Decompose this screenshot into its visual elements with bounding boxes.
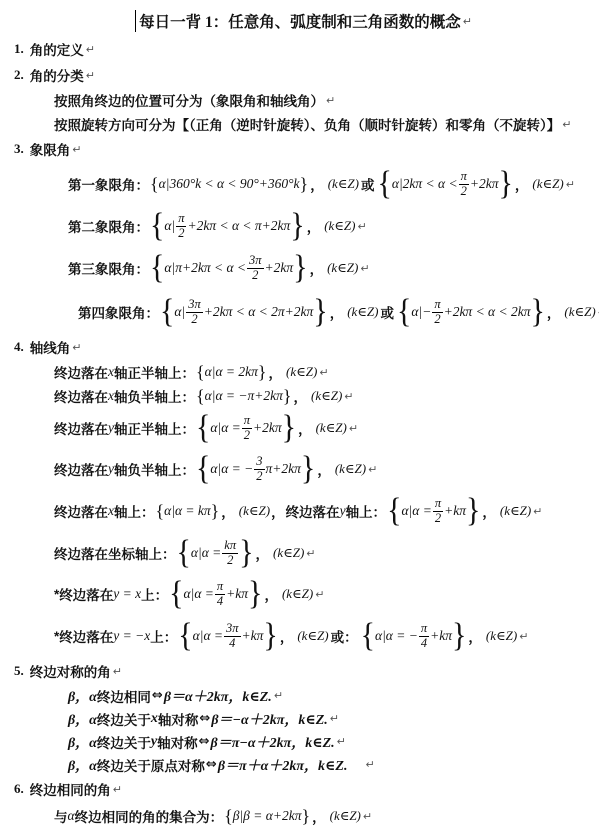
section-title: 角的分类 [30, 65, 84, 85]
comma: ， [310, 258, 324, 278]
body-text: 终边落在 [54, 459, 108, 479]
numerator: π [432, 298, 442, 312]
numerator: π [419, 622, 429, 636]
comma: ， [330, 302, 344, 322]
section-6-heading: 6. 终边相同的角 ↵ [14, 776, 593, 802]
k-in-z: (k∈Z) [273, 545, 304, 561]
symmetric-about-x-axis-rule: β，α终边关于x轴对称⇔β＝−α＋2kπ，k∈Z. ↵ [68, 707, 593, 730]
paragraph-mark: ↵ [519, 630, 528, 643]
section-title: 终边对称的角 [30, 661, 111, 681]
numerator: π [433, 497, 443, 511]
body-text: 上： [150, 626, 177, 646]
body-text: 终边落在 [286, 501, 340, 521]
comma: ， [312, 806, 326, 826]
right-brace: } [283, 387, 292, 405]
set-notation: {α|α = 2kπ} [196, 363, 267, 381]
denominator: 2 [178, 227, 184, 240]
paragraph-mark: ↵ [357, 220, 366, 233]
math-expression: α| [174, 304, 185, 320]
formula-label: 第一象限角： [68, 174, 149, 194]
fraction: 3π4 [224, 622, 241, 649]
section-number: 5. [14, 663, 24, 679]
numerator: kπ [222, 539, 238, 553]
section-5-heading: 5. 终边对称的角 ↵ [14, 658, 593, 684]
set-notation: {α|π2+2kπ < α < π+2kπ} [150, 212, 305, 239]
comma: ， [269, 362, 283, 382]
math-expression: +2kπ [265, 260, 294, 276]
fraction: 3π2 [186, 298, 203, 325]
body-text: 轴对称 [157, 732, 198, 752]
section-3-heading: 3. 象限角 ↵ [14, 136, 593, 162]
y-axis-negative-formula: 终边落在y轴负半轴上： {α|α = −32π+2kπ}，(k∈Z) ↵ [54, 448, 593, 490]
section-1-heading: 1. 角的定义 ↵ [14, 36, 593, 62]
set-notation: {β|β = α+2kπ} [224, 807, 310, 825]
math-expression: α|α = 2kπ [205, 364, 258, 380]
numerator: π [459, 170, 469, 184]
denominator: 4 [229, 637, 235, 650]
comma: ， [547, 302, 561, 322]
page-title: 每日一背 1：任意角、弧度制和三角函数的概念 [135, 10, 461, 32]
same-terminal-side-set-formula: 与α终边相同的角的集合为： {β|β = α+2kπ}，(k∈Z) ↵ [54, 802, 593, 830]
k-in-z: (k∈Z) [286, 364, 317, 380]
body-text: 终边落在坐标轴上： [54, 543, 176, 563]
or-text: 或： [331, 626, 358, 646]
comma: ， [298, 418, 312, 438]
paragraph-mark: ↵ [533, 505, 542, 518]
line-y-equals-x-formula: *终边落在y = x上： {α|α =π4+kπ}，(k∈Z) ↵ [54, 574, 593, 614]
comma: ， [264, 584, 278, 604]
body-text: 按照旋转方向可分为【（正角（逆时针旋转）、负角（顺时针旋转）和零角（不旋转）】 [54, 114, 560, 134]
quadrant-2-formula: 第二象限角： {α|π2+2kπ < α < π+2kπ}，(k∈Z) ↵ [68, 206, 593, 246]
math-expression: α|α = − [375, 628, 418, 644]
set-notation: {α|360°k < α < 90°+360°k} [150, 175, 308, 193]
paragraph-mark: ↵ [365, 758, 374, 771]
math-expression: β＝α＋2kπ，k∈Z. [164, 686, 272, 706]
k-in-z: (k∈Z) [335, 461, 366, 477]
math-expression: +2kπ [470, 176, 499, 192]
k-in-z: (k∈Z) [330, 808, 361, 824]
or-text: 或 [380, 302, 394, 322]
numerator: π [176, 212, 186, 226]
k-in-z: (k∈Z) [347, 304, 378, 320]
set-notation: {α|π+2kπ < α <3π2+2kπ} [150, 254, 308, 281]
fraction: 32 [254, 455, 264, 482]
comma: ， [515, 174, 529, 194]
fraction: π4 [215, 580, 225, 607]
body-text: 轴负半轴上： [114, 386, 195, 406]
quadrant-4-formula: 第四象限角： {α|3π2+2kπ < α < 2π+2kπ}，(k∈Z) 或 … [78, 290, 593, 334]
symmetric-about-y-axis-rule: β，α终边关于y轴对称⇔β＝π−α＋2kπ，k∈Z. ↵ [68, 730, 593, 753]
denominator: 2 [191, 313, 197, 326]
comma: ， [310, 174, 324, 194]
variable: α [68, 808, 75, 824]
iff-arrow: ⇔ [206, 757, 217, 772]
math-expression: α|α = [191, 545, 221, 561]
classification-by-rotation: 按照旋转方向可分为【（正角（逆时针旋转）、负角（顺时针旋转）和零角（不旋转）】 … [54, 112, 593, 136]
math-expression: α|π+2kπ < α < [164, 260, 246, 276]
paragraph-mark: ↵ [113, 665, 122, 678]
paragraph-mark: ↵ [306, 547, 315, 560]
left-brace: { [196, 363, 205, 381]
section-title: 终边相同的角 [30, 779, 111, 799]
paragraph-mark: ↵ [562, 118, 571, 131]
set-notation: {α|α = −π+2kπ} [196, 387, 292, 405]
body-text: 终边落在 [54, 501, 108, 521]
section-number: 6. [14, 781, 24, 797]
denominator: 2 [461, 185, 467, 198]
body-text: 终边相同的角的集合为： [75, 806, 224, 826]
k-in-z: (k∈Z) [327, 260, 358, 276]
set-notation: {α|3π2+2kπ < α < 2π+2kπ} [160, 298, 328, 325]
paragraph-mark: ↵ [113, 783, 122, 796]
right-brace: } [258, 363, 267, 381]
set-notation: {α|α =kπ2} [177, 539, 254, 566]
section-title: 轴线角 [30, 337, 71, 357]
left-brace: { [224, 807, 233, 825]
denominator: 4 [421, 637, 427, 650]
classification-by-terminal-side: 按照角终边的位置可分为（象限角和轴线角） ↵ [54, 88, 593, 112]
body-text: 终边落在 [54, 386, 108, 406]
comma: ， [221, 501, 235, 521]
formula-label: 第四象限角： [78, 302, 159, 322]
math-expression: +2kπ < α < 2kπ [444, 304, 531, 320]
denominator: 2 [252, 269, 258, 282]
paragraph-mark: ↵ [363, 810, 372, 823]
section-title: 象限角 [30, 139, 71, 159]
left-brace: { [196, 387, 205, 405]
math-expression: α|α = kπ [164, 503, 211, 519]
fraction: kπ2 [222, 539, 238, 566]
comma: ， [468, 626, 482, 646]
comma: ， [256, 543, 270, 563]
body-text: 终边落在 [59, 626, 113, 646]
fraction: π2 [459, 170, 469, 197]
fraction: π2 [432, 298, 442, 325]
paragraph-mark: ↵ [86, 43, 95, 56]
k-in-z: (k∈Z) [282, 586, 313, 602]
body-text: 终边落在 [54, 418, 108, 438]
fraction: π2 [433, 497, 443, 524]
math-expression: β，α [68, 686, 97, 706]
numerator: 3 [254, 455, 264, 469]
symmetric-about-origin-rule: β，α终边关于原点对称⇔β＝π＋α＋2kπ，k∈Z. ↵ [68, 753, 593, 776]
math-expression: +kπ [242, 628, 264, 644]
paragraph-mark: ↵ [337, 735, 346, 748]
denominator: 2 [244, 429, 250, 442]
k-in-z: (k∈Z) [328, 176, 359, 192]
variable: x [151, 711, 158, 727]
paragraph-mark: ↵ [566, 178, 575, 191]
or-text: 或 [361, 174, 375, 194]
section-number: 3. [14, 141, 24, 157]
math-expression: α|α = [193, 628, 223, 644]
line-equation: y = x [113, 586, 141, 602]
paragraph-mark: ↵ [86, 69, 95, 82]
math-expression: α|α = [210, 420, 240, 436]
right-brace: } [300, 175, 309, 193]
k-in-z: (k∈Z) [316, 420, 347, 436]
math-expression: +kπ [226, 586, 248, 602]
comma: ， [271, 501, 285, 521]
denominator: 2 [227, 554, 233, 567]
body-text: 轴上： [346, 501, 387, 521]
body-text: 轴上： [114, 501, 155, 521]
body-text: 终边关于 [97, 709, 151, 729]
math-expression: α|α = [401, 503, 431, 519]
iff-arrow: ⇔ [199, 734, 210, 749]
k-in-z: (k∈Z) [486, 628, 517, 644]
math-expression: β＝π＋α＋2kπ，k∈Z. [218, 755, 348, 775]
paragraph-mark: ↵ [274, 689, 283, 702]
left-brace: { [156, 502, 165, 520]
math-expression: β，α [68, 732, 97, 752]
y-axis-positive-formula: 终边落在y轴正半轴上： {α|α =π2+2kπ}，(k∈Z) ↵ [54, 408, 593, 448]
formula-label: 第二象限角： [68, 216, 149, 236]
numerator: 3π [224, 622, 241, 636]
math-expression: β＝−α＋2kπ，k∈Z. [211, 709, 327, 729]
paragraph-mark: ↵ [360, 262, 369, 275]
left-brace: { [150, 175, 159, 193]
set-notation: {α|α =3π4+kπ} [178, 622, 278, 649]
section-title: 角的定义 [30, 39, 84, 59]
fraction: π2 [176, 212, 186, 239]
iff-arrow: ⇔ [199, 711, 210, 726]
paragraph-mark: ↵ [72, 341, 81, 354]
paragraph-mark: ↵ [463, 15, 472, 28]
denominator: 2 [434, 313, 440, 326]
math-expression: β＝π−α＋2kπ，k∈Z. [211, 732, 335, 752]
x-axis-negative-formula: 终边落在x轴负半轴上： {α|α = −π+2kπ}，(k∈Z) ↵ [54, 384, 593, 408]
paragraph-mark: ↵ [330, 712, 339, 725]
line-y-equals-minus-x-formula: *终边落在y = −x上： {α|α =3π4+kπ}，(k∈Z) 或： {α|… [54, 614, 593, 658]
right-brace: } [301, 807, 310, 825]
line-equation: y = −x [113, 628, 150, 644]
paragraph-mark: ↵ [72, 143, 81, 156]
set-notation: {α|α =π2+2kπ} [196, 414, 296, 441]
section-number: 4. [14, 339, 24, 355]
k-in-z: (k∈Z) [311, 388, 342, 404]
set-notation: {α|−π2+2kπ < α < 2kπ} [397, 298, 545, 325]
math-expression: +kπ [430, 628, 452, 644]
body-text: 按照角终边的位置可分为（象限角和轴线角） [54, 90, 324, 110]
math-expression: β，α [68, 709, 97, 729]
math-expression: +2kπ [253, 420, 282, 436]
math-expression: +2kπ < α < 2π+2kπ [204, 304, 314, 320]
math-expression: π+2kπ [266, 461, 301, 477]
set-notation: {α|2kπ < α <π2+2kπ} [377, 170, 512, 197]
paragraph-mark: ↵ [344, 390, 353, 403]
math-expression: α| [164, 218, 175, 234]
comma: ， [307, 216, 321, 236]
math-expression: +kπ [444, 503, 466, 519]
body-text: 轴对称 [158, 709, 199, 729]
k-in-z: (k∈Z) [532, 176, 563, 192]
set-notation: {α|α = kπ} [156, 502, 220, 520]
math-expression: α|2kπ < α < [392, 176, 458, 192]
numerator: 3π [247, 254, 264, 268]
paragraph-mark: ↵ [349, 422, 358, 435]
section-number: 1. [14, 41, 24, 57]
body-text: 终边落在 [54, 362, 108, 382]
body-text: 上： [141, 584, 168, 604]
denominator: 4 [217, 595, 223, 608]
fraction: π4 [419, 622, 429, 649]
section-number: 2. [14, 67, 24, 83]
body-text: 与 [54, 806, 68, 826]
title-line: 每日一背 1：任意角、弧度制和三角函数的概念 ↵ [14, 6, 593, 36]
numerator: π [215, 580, 225, 594]
set-notation: {α|α =π2+kπ} [387, 497, 480, 524]
body-text: 终边相同 [97, 686, 151, 706]
x-axis-positive-formula: 终边落在x轴正半轴上： {α|α = 2kπ}，(k∈Z) ↵ [54, 360, 593, 384]
paragraph-mark: ↵ [368, 463, 377, 476]
math-expression: α|α = [184, 586, 214, 602]
math-expression: β|β = α+2kπ [233, 808, 302, 824]
fraction: π2 [242, 414, 252, 441]
math-expression: α|360°k < α < 90°+360°k [159, 176, 300, 192]
document-page: 每日一背 1：任意角、弧度制和三角函数的概念 ↵ 1. 角的定义 ↵ 2. 角的… [0, 0, 599, 830]
quadrant-3-formula: 第三象限角： {α|π+2kπ < α <3π2+2kπ}，(k∈Z) ↵ [68, 246, 593, 290]
comma: ， [317, 459, 331, 479]
k-in-z: (k∈Z) [239, 503, 270, 519]
set-notation: {α|α = −π4+kπ} [361, 622, 467, 649]
numerator: 3π [186, 298, 203, 312]
k-in-z: (k∈Z) [297, 628, 328, 644]
body-text: 终边关于原点对称 [97, 755, 205, 775]
section-4-heading: 4. 轴线角 ↵ [14, 334, 593, 360]
comma: ， [280, 626, 294, 646]
paragraph-mark: ↵ [326, 94, 335, 107]
math-expression: +2kπ < α < π+2kπ [187, 218, 290, 234]
math-expression: β，α [68, 755, 97, 775]
set-notation: {α|α =π4+kπ} [169, 580, 262, 607]
paragraph-mark: ↵ [315, 588, 324, 601]
denominator: 2 [256, 470, 262, 483]
comma: ， [294, 386, 308, 406]
section-2-heading: 2. 角的分类 ↵ [14, 62, 593, 88]
k-in-z: (k∈Z) [324, 218, 355, 234]
denominator: 2 [435, 512, 441, 525]
right-brace: } [211, 502, 220, 520]
k-in-z: (k∈Z) [500, 503, 531, 519]
coordinate-axes-formula: 终边落在坐标轴上： {α|α =kπ2}，(k∈Z) ↵ [54, 532, 593, 574]
body-text: 终边落在 [59, 584, 113, 604]
math-expression: α|α = − [210, 461, 253, 477]
k-in-z: (k∈Z) [564, 304, 595, 320]
body-text: 轴正半轴上： [114, 362, 195, 382]
numerator: π [242, 414, 252, 428]
paragraph-mark: ↵ [319, 366, 328, 379]
formula-label: 第三象限角： [68, 258, 149, 278]
x-axis-and-y-axis-formula: 终边落在x轴上： {α|α = kπ}，(k∈Z)， 终边落在y轴上： {α|α… [54, 490, 593, 532]
math-expression: α|α = −π+2kπ [205, 388, 283, 404]
body-text: 终边关于 [97, 732, 151, 752]
comma: ， [482, 501, 496, 521]
quadrant-1-formula: 第一象限角： {α|360°k < α < 90°+360°k}，(k∈Z) 或… [68, 162, 593, 206]
set-notation: {α|α = −32π+2kπ} [196, 455, 315, 482]
math-expression: α|− [411, 304, 431, 320]
body-text: 轴正半轴上： [114, 418, 195, 438]
body-text: 轴负半轴上： [114, 459, 195, 479]
same-terminal-side-rule: β，α终边相同⇔β＝α＋2kπ，k∈Z. ↵ [68, 684, 593, 707]
fraction: 3π2 [247, 254, 264, 281]
iff-arrow: ⇔ [152, 688, 163, 703]
